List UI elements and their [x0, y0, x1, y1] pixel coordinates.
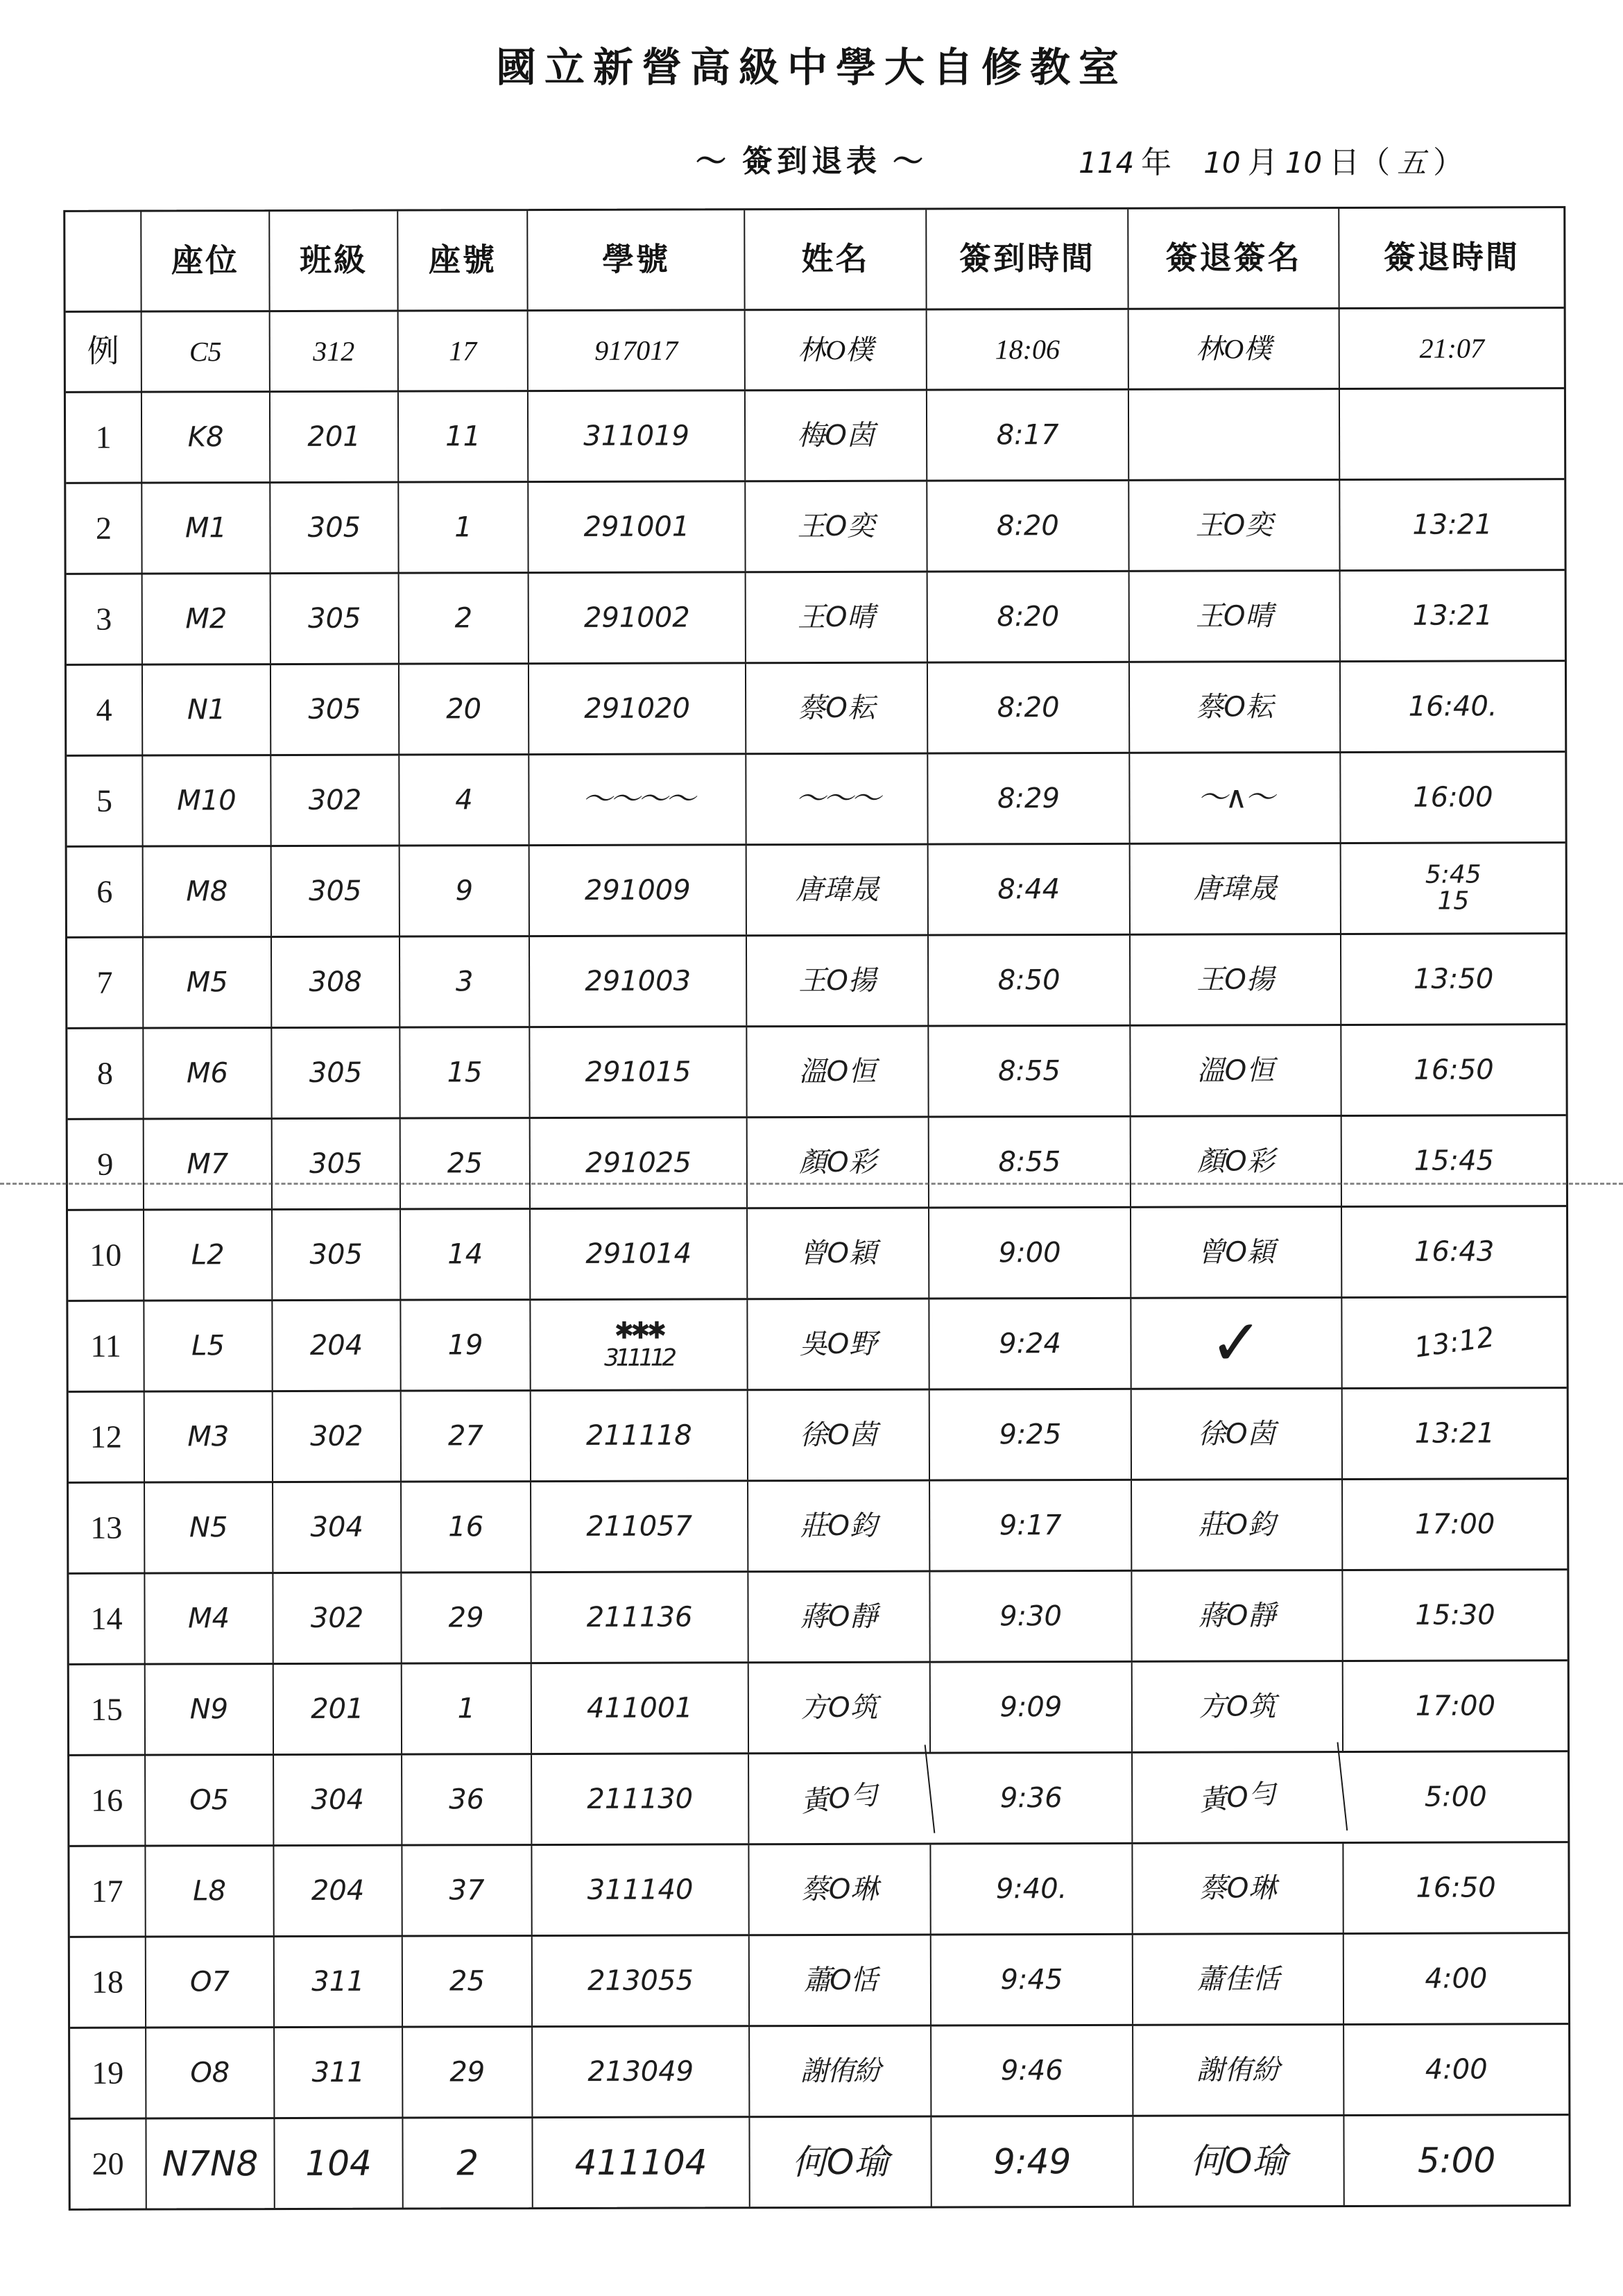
- cell-sign-out-time: 16:40.: [1341, 662, 1565, 751]
- table-row: 7M53083291003王O揚8:50王O揚13:50: [67, 934, 1565, 1029]
- cell-name: 唐瑋晟: [747, 846, 929, 935]
- table-row: 2M13051291001王O奕8:20王O奕13:21: [66, 480, 1564, 575]
- cell-sign-out-name: 唐瑋晟: [1131, 844, 1341, 934]
- cell-seat: M7: [144, 1120, 273, 1208]
- cell-sign-out-time: 15:45: [1342, 1116, 1566, 1206]
- cell-name: 徐O茵: [748, 1391, 930, 1480]
- cell-seat-no: 11: [399, 392, 529, 481]
- cell-sign-in: 18:06: [927, 310, 1129, 389]
- cell-sign-out-name: 王O晴: [1130, 572, 1341, 661]
- cell-student-id: 211136: [531, 1573, 748, 1662]
- date-line: 114年10月10日（五）: [1072, 137, 1463, 182]
- cell-seat-no: 29: [403, 2028, 533, 2116]
- cell-sign-in: 8:20: [928, 572, 1130, 662]
- table-row: 8M630515291015溫O恒8:55溫O恒16:50: [67, 1025, 1565, 1120]
- paren-close: ）: [1433, 146, 1463, 180]
- cell-row-no: 12: [69, 1393, 145, 1482]
- cell-name: 蔣O靜: [748, 1573, 930, 1662]
- cell-seat: L8: [146, 1847, 274, 1935]
- cell-sign-out-name: 溫O恒: [1131, 1026, 1341, 1115]
- table-row: 12M330227211118徐O茵9:25徐O茵13:21: [69, 1389, 1567, 1484]
- cell-seat-no: 14: [401, 1210, 531, 1299]
- cell-sign-out-name: 謝侑紛: [1133, 2025, 1344, 2115]
- cell-row-no: 7: [67, 939, 144, 1027]
- cell-name: 吳O野: [748, 1300, 929, 1389]
- table-row: 11L520419✱✱✱ 311112吳O野9:24✓13:12: [68, 1298, 1566, 1393]
- cell-student-id: 211118: [531, 1391, 748, 1480]
- cell-seat-no: 37: [402, 1846, 532, 1935]
- cell-row-no: 16: [69, 1756, 146, 1845]
- cell-sign-out-name: 方O筑: [1133, 1662, 1343, 1751]
- cell-seat: N7N8: [146, 2119, 275, 2208]
- date-year: 114: [1072, 146, 1141, 180]
- table-row: 16O530436211130黃O勻9:36黃O勻5:00: [69, 1752, 1568, 1847]
- cell-row-no: 11: [68, 1302, 144, 1391]
- table-row: 13N530416211057莊O鈞9:17莊O鈞17:00: [69, 1480, 1567, 1575]
- cell-sign-out-time: 15:30: [1343, 1570, 1567, 1660]
- cell-sign-out-time: 16:00: [1341, 753, 1565, 842]
- cell-class: 305: [270, 483, 399, 572]
- cell-sign-in: 9:17: [930, 1481, 1132, 1570]
- cell-sign-in: 8:55: [929, 1117, 1131, 1207]
- cell-row-no: 8: [67, 1029, 144, 1118]
- cell-sign-in: 8:17: [927, 391, 1129, 480]
- cell-row-no: 18: [70, 1938, 146, 2027]
- cell-class: 304: [274, 1756, 402, 1844]
- cell-class: 204: [274, 1847, 402, 1935]
- table-row: 17L820437311140蔡O琳9:40.蔡O琳16:50: [69, 1843, 1568, 1938]
- cell-seat: 座位: [141, 212, 270, 310]
- cell-seat: M6: [144, 1029, 272, 1117]
- cell-class: 312: [270, 312, 399, 391]
- cell-class: 308: [272, 938, 400, 1027]
- cell-sign-in: 8:44: [929, 845, 1131, 934]
- cell-sign-out-time: 13:50: [1341, 934, 1565, 1024]
- cell-seat: M3: [145, 1392, 273, 1481]
- date-day: 10: [1278, 146, 1329, 180]
- cell-student-id: 411001: [532, 1663, 749, 1753]
- cell-row-no: 5: [67, 757, 143, 846]
- cell-row-no: [65, 212, 141, 311]
- cell-row-no: 10: [68, 1211, 144, 1300]
- header-row: 座位班級座號學號姓名簽到時間簽退簽名簽退時間: [65, 208, 1563, 313]
- cell-class: 305: [273, 1120, 401, 1208]
- cell-sign-in: 9:30: [930, 1572, 1132, 1661]
- cell-sign-out-name: ✓: [1131, 1299, 1342, 1388]
- cell-row-no: 例: [66, 313, 142, 391]
- cell-seat: C5: [142, 312, 270, 391]
- cell-seat-no: 座號: [398, 211, 528, 309]
- cell-sign-out-time: 13:21: [1343, 1389, 1567, 1478]
- cell-row-no: 15: [69, 1665, 146, 1754]
- cell-sign-out-time: 4:00: [1344, 2025, 1568, 2114]
- table-row: 9M730525291025顏O彩8:55顏O彩15:45: [68, 1116, 1566, 1211]
- cell-seat-no: 1: [399, 483, 529, 572]
- cell-row-no: 20: [70, 2120, 146, 2209]
- cell-seat: N9: [146, 1665, 274, 1754]
- cell-name: 蔡O琳: [749, 1845, 931, 1935]
- cell-sign-out-time: 16:50: [1343, 1843, 1568, 1933]
- cell-sign-out-time: 13:12: [1337, 1283, 1572, 1402]
- cell-seat-no: 29: [402, 1573, 531, 1662]
- cell-sign-out-time: 16:50: [1341, 1025, 1565, 1115]
- table-row: 4N130520291020蔡O耘8:20蔡O耘16:40.: [67, 662, 1565, 757]
- cell-seat-no: 9: [400, 846, 530, 935]
- cell-seat-no: 19: [401, 1301, 531, 1389]
- table-row: 18O731125213055蕭O恬9:45蕭佳恬4:00: [70, 1934, 1568, 2029]
- cell-seat-no: 15: [400, 1028, 530, 1117]
- cell-sign-out-time: 21:07: [1340, 309, 1564, 388]
- cell-sign-out-name: 蕭佳恬: [1133, 1935, 1344, 2024]
- cell-row-no: 1: [66, 393, 142, 482]
- cell-sign-in: 9:40.: [931, 1844, 1133, 1934]
- cell-seat-no: 1: [402, 1664, 532, 1753]
- cell-seat: M10: [143, 756, 271, 845]
- cell-seat: L2: [144, 1210, 273, 1299]
- table-row: 10L230514291014曾O穎9:00曾O穎16:43: [68, 1207, 1566, 1302]
- cell-student-id: 311019: [529, 391, 746, 481]
- cell-name: 蕭O恬: [750, 1936, 931, 2025]
- cell-class: 304: [273, 1483, 402, 1572]
- table-row: 20N7N81042411104何O瑜9:49何O瑜5:00: [70, 2116, 1568, 2209]
- table-row: 14M430229211136蔣O靜9:30蔣O靜15:30: [69, 1570, 1567, 1665]
- date-day-unit: 日: [1329, 146, 1359, 180]
- date-year-unit: 年: [1141, 146, 1171, 180]
- cell-sign-in: 8:20: [927, 481, 1129, 571]
- cell-name: 王O奕: [746, 482, 927, 572]
- date-weekday: 五: [1390, 146, 1433, 180]
- cell-name: 〜〜〜: [746, 755, 928, 844]
- cell-class: 302: [273, 1574, 402, 1663]
- cell-name: 姓名: [745, 210, 927, 309]
- cell-sign-out-time: 5:00: [1344, 2116, 1568, 2205]
- cell-sign-out-time: 5:00: [1343, 1752, 1568, 1842]
- cell-sign-in: 9:45: [931, 1935, 1133, 2025]
- cell-seat-no: 4: [400, 755, 529, 844]
- cell-seat: M8: [144, 847, 272, 936]
- cell-sign-out-name: [1129, 390, 1340, 479]
- cell-row-no: 14: [69, 1575, 145, 1663]
- cell-name: 林O樸: [746, 311, 927, 390]
- cell-sign-in: 簽到時間: [927, 209, 1128, 309]
- cell-name: 黃O勻: [745, 1745, 935, 1852]
- cell-student-id: 311140: [532, 1845, 749, 1935]
- cell-class: 204: [273, 1301, 401, 1390]
- table-row: 15N92011411001方O筑9:09方O筑17:00: [69, 1661, 1568, 1756]
- cell-class: 305: [272, 847, 400, 936]
- table-row: 1K820111311019梅O茵8:17: [66, 389, 1564, 484]
- cell-class: 305: [273, 1210, 401, 1299]
- cell-sign-out-name: 王O奕: [1129, 481, 1340, 570]
- cell-row-no: 3: [67, 575, 143, 664]
- cell-sign-out-time: 13:21: [1340, 480, 1564, 569]
- cell-name: 王O晴: [746, 573, 928, 662]
- cell-sign-out-name: 王O揚: [1131, 935, 1341, 1025]
- scanned-signin-sheet: 國立新營高級中學大自修教室 ～ 簽到退表 ～ 114年10月10日（五） 座位班…: [0, 0, 1623, 2296]
- cell-row-no: 9: [68, 1120, 144, 1209]
- cell-class: 305: [272, 1029, 400, 1117]
- cell-name: 曾O穎: [748, 1209, 929, 1299]
- cell-student-id: 291015: [530, 1027, 747, 1117]
- date-month-unit: 月: [1248, 146, 1278, 180]
- cell-sign-out-time: 17:00: [1343, 1480, 1567, 1569]
- cell-student-id: 291025: [531, 1118, 748, 1208]
- cell-sign-in: 8:55: [929, 1027, 1131, 1116]
- cell-student-id: 211057: [531, 1482, 748, 1571]
- cell-student-id: 211130: [532, 1754, 749, 1844]
- cell-seat: N5: [145, 1483, 273, 1572]
- cell-sign-out-name: 蔡O耘: [1130, 662, 1341, 752]
- cell-name: 何O瑜: [750, 2118, 931, 2207]
- cell-sign-in: 9:09: [931, 1663, 1133, 1752]
- cell-sign-out-name: 蔣O靜: [1132, 1571, 1343, 1661]
- cell-class: 305: [271, 574, 400, 663]
- cell-sign-in: 9:25: [930, 1390, 1132, 1480]
- example-row: 例C531217917017林O樸18:06林O樸21:07: [66, 309, 1564, 393]
- cell-class: 104: [275, 2119, 403, 2208]
- cell-class: 305: [271, 665, 400, 754]
- cell-seat: O7: [146, 1937, 275, 2026]
- cell-sign-out-name: 林O樸: [1129, 309, 1340, 388]
- date-month: 10: [1196, 146, 1247, 180]
- cell-class: 302: [273, 1392, 402, 1481]
- cell-seat-no: 27: [402, 1391, 531, 1480]
- cell-seat: M1: [142, 483, 270, 572]
- cell-seat: M5: [144, 938, 272, 1027]
- cell-sign-out-name: 顏O彩: [1131, 1117, 1342, 1206]
- cell-seat-no: 16: [402, 1482, 531, 1571]
- cell-seat: M2: [143, 574, 271, 663]
- cell-seat-no: 25: [403, 1937, 533, 2025]
- cell-seat: M4: [145, 1574, 273, 1663]
- cell-row-no: 13: [69, 1484, 145, 1573]
- cell-student-id: 〜〜〜〜: [529, 755, 746, 844]
- table-row: 19O831129213049謝侑紛9:46謝侑紛4:00: [70, 2025, 1568, 2120]
- cell-class: 班級: [270, 212, 398, 310]
- cell-sign-out-time: 簽退時間: [1339, 208, 1563, 307]
- cell-student-id: 291009: [530, 846, 747, 935]
- cell-sign-out-time: 17:00: [1343, 1661, 1568, 1751]
- cell-sign-out-time: 5:45 15: [1341, 843, 1565, 933]
- cell-seat-no: 36: [402, 1755, 532, 1844]
- cell-student-id: 學號: [528, 210, 745, 309]
- table-row: 5M103024〜〜〜〜〜〜〜8:29〜∧〜16:00: [67, 753, 1565, 848]
- cell-student-id: 291001: [529, 482, 746, 572]
- cell-sign-out-name: 〜∧〜: [1130, 753, 1341, 843]
- cell-name: 顏O彩: [748, 1118, 929, 1208]
- cell-sign-in: 9:46: [931, 2026, 1133, 2116]
- cell-class: 311: [275, 2028, 403, 2117]
- cell-seat-no: 2: [400, 574, 529, 662]
- cell-student-id: 291003: [530, 936, 747, 1026]
- cell-name: 莊O鈞: [748, 1482, 930, 1571]
- cell-name: 王O揚: [747, 936, 929, 1026]
- cell-seat: L5: [144, 1301, 273, 1390]
- cell-student-id: 213049: [533, 2027, 750, 2116]
- cell-sign-out-name: 簽退簽名: [1128, 209, 1339, 308]
- cell-name: 溫O恒: [747, 1027, 929, 1117]
- cell-sign-in: 9:00: [929, 1208, 1131, 1298]
- cell-class: 201: [270, 393, 399, 481]
- cell-sign-out-name: 曾O穎: [1131, 1208, 1342, 1297]
- cell-sign-out-time: 16:43: [1342, 1207, 1566, 1296]
- cell-name: 蔡O耘: [746, 664, 928, 753]
- cell-seat-no: 2: [403, 2118, 533, 2207]
- cell-seat: O8: [146, 2028, 275, 2117]
- cell-sign-out-name: 蔡O琳: [1133, 1844, 1343, 1933]
- cell-name: 謝侑紛: [750, 2027, 931, 2116]
- cell-sign-in: 9:24: [929, 1299, 1131, 1389]
- cell-seat-no: 25: [401, 1119, 531, 1208]
- cell-row-no: 17: [69, 1847, 146, 1936]
- cell-class: 311: [275, 1937, 403, 2026]
- cell-student-id: 291002: [529, 573, 746, 662]
- cell-row-no: 4: [67, 666, 143, 755]
- cell-class: 302: [271, 756, 400, 845]
- cell-name: 方O筑: [749, 1663, 931, 1753]
- cell-sign-out-time: [1340, 389, 1564, 479]
- cell-seat-no: 3: [400, 937, 530, 1026]
- cell-name: 梅O茵: [746, 391, 927, 481]
- cell-student-id: 411104: [533, 2118, 750, 2207]
- cell-seat-no: 20: [400, 665, 529, 753]
- cell-row-no: 6: [67, 848, 144, 936]
- cell-seat: N1: [143, 665, 271, 754]
- cell-student-id: 213055: [533, 1936, 750, 2025]
- cell-sign-out-name: 黃O勻: [1128, 1742, 1348, 1853]
- page-title: 國立新營高級中學大自修教室: [0, 35, 1623, 93]
- cell-sign-in: 9:49: [931, 2117, 1133, 2207]
- cell-sign-in: 8:20: [928, 663, 1130, 753]
- cell-row-no: 19: [70, 2029, 146, 2118]
- cell-row-no: 2: [66, 484, 142, 573]
- cell-class: 201: [274, 1665, 402, 1754]
- cell-sign-out-time: 13:21: [1341, 571, 1565, 660]
- cell-sign-out-name: 徐O茵: [1132, 1389, 1343, 1479]
- cell-sign-out-time: 4:00: [1344, 1934, 1568, 2023]
- cell-seat: K8: [142, 393, 270, 481]
- cell-student-id: ✱✱✱ 311112: [531, 1300, 748, 1389]
- cell-sign-out-name: 莊O鈞: [1132, 1480, 1343, 1570]
- cell-sign-out-name: 何O瑜: [1133, 2116, 1344, 2206]
- table-row: 3M23052291002王O晴8:20王O晴13:21: [67, 571, 1565, 666]
- cell-student-id: 291020: [529, 664, 746, 753]
- cell-sign-in: 8:50: [929, 936, 1131, 1025]
- cell-student-id: 291014: [531, 1209, 748, 1299]
- cell-student-id: 917017: [529, 311, 746, 390]
- cell-sign-in: 9:36: [931, 1754, 1133, 1843]
- signin-table: 座位班級座號學號姓名簽到時間簽退簽名簽退時間例C531217917017林O樸1…: [63, 206, 1571, 2211]
- table-row: 6M83059291009唐瑋晟8:44唐瑋晟5:45 15: [67, 843, 1565, 939]
- paren-open: （: [1359, 146, 1390, 180]
- cell-seat-no: 17: [399, 311, 529, 390]
- cell-sign-in: 8:29: [928, 754, 1130, 843]
- cell-seat: O5: [146, 1756, 274, 1844]
